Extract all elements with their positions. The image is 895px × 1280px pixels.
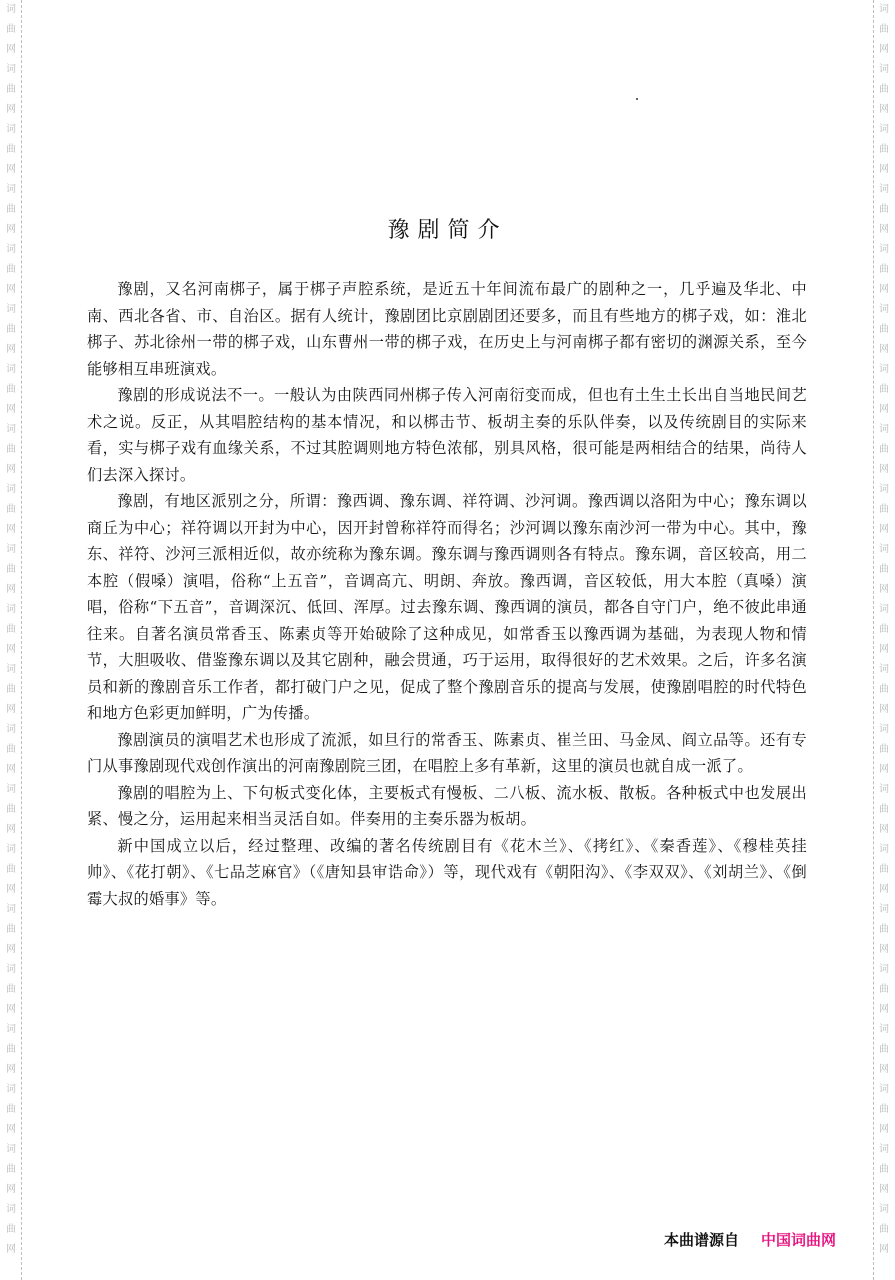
watermark-group: 词曲网 bbox=[2, 840, 20, 900]
watermark-char: 词 bbox=[875, 60, 893, 80]
watermark-char: 词 bbox=[875, 120, 893, 140]
watermark-char: 词 bbox=[2, 1200, 20, 1220]
watermark-group: 词曲网 bbox=[875, 1020, 893, 1080]
watermark-char: 网 bbox=[875, 580, 893, 600]
watermark-char: 网 bbox=[875, 820, 893, 840]
watermark-char: 网 bbox=[875, 640, 893, 660]
watermark-char: 曲 bbox=[875, 1040, 893, 1060]
watermark-char: 网 bbox=[2, 880, 20, 900]
watermark-char: 曲 bbox=[2, 800, 20, 820]
watermark-char: 网 bbox=[875, 340, 893, 360]
paragraph-intro: 豫剧，又名河南梆子，属于梆子声腔系统，是近五十年间流布最广的剧种之一，几乎遍及华… bbox=[87, 276, 807, 382]
watermark-char: 词 bbox=[875, 720, 893, 740]
watermark-char: 曲 bbox=[875, 140, 893, 160]
watermark-char: 曲 bbox=[2, 1100, 20, 1120]
watermark-group: 词曲网 bbox=[2, 720, 20, 780]
watermark-char: 网 bbox=[2, 100, 20, 120]
watermark-char: 网 bbox=[2, 400, 20, 420]
watermark-char: 网 bbox=[2, 940, 20, 960]
watermark-group: 词曲网 bbox=[875, 840, 893, 900]
watermark-char: 网 bbox=[875, 700, 893, 720]
watermark-char: 词 bbox=[2, 1140, 20, 1160]
watermark-char: 网 bbox=[875, 1000, 893, 1020]
watermark-char: 曲 bbox=[2, 980, 20, 1000]
watermark-group: 词曲网 bbox=[2, 300, 20, 360]
watermark-char: 词 bbox=[2, 0, 20, 20]
watermark-char: 网 bbox=[875, 520, 893, 540]
watermark-char: 网 bbox=[875, 400, 893, 420]
watermark-char: 曲 bbox=[875, 980, 893, 1000]
watermark-char: 网 bbox=[2, 1180, 20, 1200]
watermark-char: 词 bbox=[875, 660, 893, 680]
watermark-group: 词曲网 bbox=[875, 600, 893, 660]
watermark-char: 网 bbox=[2, 760, 20, 780]
watermark-char: 网 bbox=[2, 1240, 20, 1260]
watermark-group: 词曲网 bbox=[2, 0, 20, 60]
watermark-group: 词曲网 bbox=[2, 600, 20, 660]
watermark-char: 曲 bbox=[2, 740, 20, 760]
watermark-group: 词曲网 bbox=[875, 540, 893, 600]
watermark-char: 词 bbox=[875, 360, 893, 380]
watermark-group: 词曲网 bbox=[2, 480, 20, 540]
watermark-group: 词曲网 bbox=[875, 720, 893, 780]
watermark-char: 词 bbox=[875, 0, 893, 20]
watermark-char: 词 bbox=[2, 720, 20, 740]
watermark-char: 网 bbox=[2, 340, 20, 360]
watermark-group: 词曲网 bbox=[875, 1140, 893, 1200]
watermark-group: 词曲网 bbox=[875, 660, 893, 720]
watermark-char: 词 bbox=[875, 840, 893, 860]
watermark-char: 网 bbox=[2, 1060, 20, 1080]
watermark-char: 词 bbox=[2, 1020, 20, 1040]
watermark-char: 曲 bbox=[875, 1100, 893, 1120]
watermark-group: 词曲网 bbox=[875, 780, 893, 840]
watermark-char: 曲 bbox=[875, 920, 893, 940]
watermark-char: 曲 bbox=[875, 80, 893, 100]
watermark-group: 词曲网 bbox=[875, 0, 893, 60]
source-label: 本曲谱源自 bbox=[664, 1231, 739, 1249]
watermark-char: 词 bbox=[875, 780, 893, 800]
watermark-char: 网 bbox=[875, 1240, 893, 1260]
watermark-char: 网 bbox=[2, 640, 20, 660]
watermark-char: 曲 bbox=[2, 140, 20, 160]
source-footer: 本曲谱源自中国词曲网 bbox=[664, 1229, 836, 1250]
watermark-char: 曲 bbox=[2, 80, 20, 100]
page-title: 豫剧简介 bbox=[0, 213, 895, 244]
watermark-char: 网 bbox=[2, 700, 20, 720]
watermark-char: 词 bbox=[875, 540, 893, 560]
watermark-group: 词曲网 bbox=[2, 1140, 20, 1200]
site-name-link[interactable]: 中国词曲网 bbox=[761, 1231, 836, 1249]
watermark-group: 词曲网 bbox=[2, 1020, 20, 1080]
paragraph-repertoire: 新中国成立以后，经过整理、改编的著名传统剧目有《花木兰》、《拷红》、《秦香莲》、… bbox=[87, 833, 807, 913]
watermark-char: 曲 bbox=[2, 860, 20, 880]
watermark-char: 网 bbox=[875, 160, 893, 180]
watermark-char: 网 bbox=[2, 820, 20, 840]
watermark-char: 曲 bbox=[875, 500, 893, 520]
watermark-char: 曲 bbox=[2, 560, 20, 580]
watermark-char: 词 bbox=[875, 1020, 893, 1040]
watermark-char: 词 bbox=[2, 960, 20, 980]
watermark-char: 词 bbox=[2, 840, 20, 860]
watermark-group: 词曲网 bbox=[2, 960, 20, 1020]
watermark-char: 曲 bbox=[875, 20, 893, 40]
watermark-char: 词 bbox=[875, 300, 893, 320]
watermark-char: 曲 bbox=[2, 620, 20, 640]
watermark-group: 词曲网 bbox=[875, 960, 893, 1020]
watermark-char: 网 bbox=[2, 520, 20, 540]
watermark-char: 词 bbox=[2, 120, 20, 140]
watermark-char: 词 bbox=[875, 1140, 893, 1160]
watermark-char: 网 bbox=[875, 940, 893, 960]
watermark-char: 网 bbox=[875, 460, 893, 480]
watermark-char: 曲 bbox=[875, 620, 893, 640]
watermark-char: 曲 bbox=[2, 920, 20, 940]
watermark-char: 曲 bbox=[875, 800, 893, 820]
watermark-char: 词 bbox=[2, 180, 20, 200]
watermark-char: 曲 bbox=[2, 500, 20, 520]
watermark-char: 曲 bbox=[2, 320, 20, 340]
watermark-char: 词 bbox=[875, 480, 893, 500]
watermark-char: 网 bbox=[2, 160, 20, 180]
watermark-char: 词 bbox=[2, 540, 20, 560]
left-dashed-margin-line bbox=[21, 0, 22, 1280]
watermark-char: 词 bbox=[2, 300, 20, 320]
watermark-char: 词 bbox=[875, 180, 893, 200]
watermark-char: 曲 bbox=[875, 380, 893, 400]
watermark-char: 网 bbox=[875, 100, 893, 120]
watermark-char: 曲 bbox=[875, 1160, 893, 1180]
watermark-group: 词曲网 bbox=[875, 360, 893, 420]
watermark-char: 网 bbox=[875, 1180, 893, 1200]
paragraph-aria-structure: 豫剧的唱腔为上、下句板式变化体，主要板式有慢板、二八板、流水板、散板。各种板式中… bbox=[87, 780, 807, 833]
watermark-char: 词 bbox=[875, 420, 893, 440]
watermark-char: 词 bbox=[2, 600, 20, 620]
watermark-group: 词曲网 bbox=[2, 60, 20, 120]
watermark-char: 网 bbox=[875, 880, 893, 900]
watermark-char: 曲 bbox=[875, 1220, 893, 1240]
right-watermark-strip: 词曲网词曲网词曲网词曲网词曲网词曲网词曲网词曲网词曲网词曲网词曲网词曲网词曲网词… bbox=[863, 0, 893, 1280]
watermark-group: 词曲网 bbox=[875, 60, 893, 120]
paragraph-performer-styles: 豫剧演员的演唱艺术也形成了流派，如旦行的常香玉、陈素贞、崔兰田、马金凤、阎立品等… bbox=[87, 727, 807, 780]
article-body: 豫剧，又名河南梆子，属于梆子声腔系统，是近五十年间流布最广的剧种之一，几乎遍及华… bbox=[87, 276, 807, 912]
watermark-char: 曲 bbox=[875, 560, 893, 580]
watermark-char: 词 bbox=[875, 600, 893, 620]
watermark-char: 曲 bbox=[875, 320, 893, 340]
watermark-char: 词 bbox=[875, 900, 893, 920]
watermark-group: 词曲网 bbox=[875, 420, 893, 480]
watermark-group: 词曲网 bbox=[875, 480, 893, 540]
watermark-char: 词 bbox=[2, 420, 20, 440]
watermark-char: 网 bbox=[2, 40, 20, 60]
watermark-char: 网 bbox=[875, 760, 893, 780]
watermark-char: 曲 bbox=[875, 740, 893, 760]
watermark-char: 曲 bbox=[2, 680, 20, 700]
watermark-char: 曲 bbox=[2, 1220, 20, 1240]
paragraph-regional-schools: 豫剧，有地区派别之分，所谓：豫西调、豫东调、祥符调、沙河调。豫西调以洛阳为中心；… bbox=[87, 488, 807, 727]
watermark-char: 词 bbox=[2, 360, 20, 380]
watermark-char: 网 bbox=[875, 280, 893, 300]
watermark-group: 词曲网 bbox=[875, 300, 893, 360]
watermark-char: 词 bbox=[2, 60, 20, 80]
watermark-char: 词 bbox=[2, 1080, 20, 1100]
watermark-char: 网 bbox=[875, 1060, 893, 1080]
watermark-char: 曲 bbox=[2, 260, 20, 280]
watermark-char: 网 bbox=[2, 1000, 20, 1020]
left-watermark-strip: 词曲网词曲网词曲网词曲网词曲网词曲网词曲网词曲网词曲网词曲网词曲网词曲网词曲网词… bbox=[0, 0, 30, 1280]
watermark-group: 词曲网 bbox=[2, 240, 20, 300]
watermark-char: 网 bbox=[875, 40, 893, 60]
watermark-group: 词曲网 bbox=[2, 660, 20, 720]
watermark-char: 曲 bbox=[2, 20, 20, 40]
watermark-char: 曲 bbox=[2, 380, 20, 400]
watermark-group: 词曲网 bbox=[875, 900, 893, 960]
watermark-char: 网 bbox=[2, 1120, 20, 1140]
watermark-char: 词 bbox=[875, 960, 893, 980]
watermark-group: 词曲网 bbox=[2, 540, 20, 600]
watermark-group: 词曲网 bbox=[875, 240, 893, 300]
watermark-char: 曲 bbox=[875, 260, 893, 280]
watermark-char: 曲 bbox=[2, 1040, 20, 1060]
watermark-char: 曲 bbox=[875, 440, 893, 460]
watermark-group: 词曲网 bbox=[2, 780, 20, 840]
watermark-group: 词曲网 bbox=[875, 120, 893, 180]
right-dashed-margin-line bbox=[873, 0, 874, 1280]
watermark-char: 网 bbox=[2, 460, 20, 480]
watermark-char: 词 bbox=[875, 1080, 893, 1100]
watermark-char: 曲 bbox=[2, 1160, 20, 1180]
watermark-char: 网 bbox=[2, 580, 20, 600]
watermark-group: 词曲网 bbox=[2, 1200, 20, 1260]
watermark-char: 词 bbox=[2, 900, 20, 920]
watermark-group: 词曲网 bbox=[2, 900, 20, 960]
scan-speck bbox=[636, 98, 638, 100]
watermark-char: 词 bbox=[2, 480, 20, 500]
watermark-char: 曲 bbox=[875, 860, 893, 880]
watermark-char: 网 bbox=[875, 1120, 893, 1140]
paragraph-origin: 豫剧的形成说法不一。一般认为由陕西同州梆子传入河南衍变而成，但也有土生土长出自当… bbox=[87, 382, 807, 488]
watermark-char: 词 bbox=[2, 780, 20, 800]
watermark-char: 词 bbox=[875, 1200, 893, 1220]
watermark-group: 词曲网 bbox=[2, 120, 20, 180]
watermark-group: 词曲网 bbox=[2, 360, 20, 420]
watermark-group: 词曲网 bbox=[875, 1080, 893, 1140]
watermark-char: 曲 bbox=[2, 440, 20, 460]
watermark-group: 词曲网 bbox=[2, 420, 20, 480]
watermark-group: 词曲网 bbox=[875, 1200, 893, 1260]
watermark-char: 网 bbox=[2, 280, 20, 300]
watermark-char: 曲 bbox=[875, 680, 893, 700]
watermark-char: 词 bbox=[2, 660, 20, 680]
watermark-group: 词曲网 bbox=[2, 1080, 20, 1140]
